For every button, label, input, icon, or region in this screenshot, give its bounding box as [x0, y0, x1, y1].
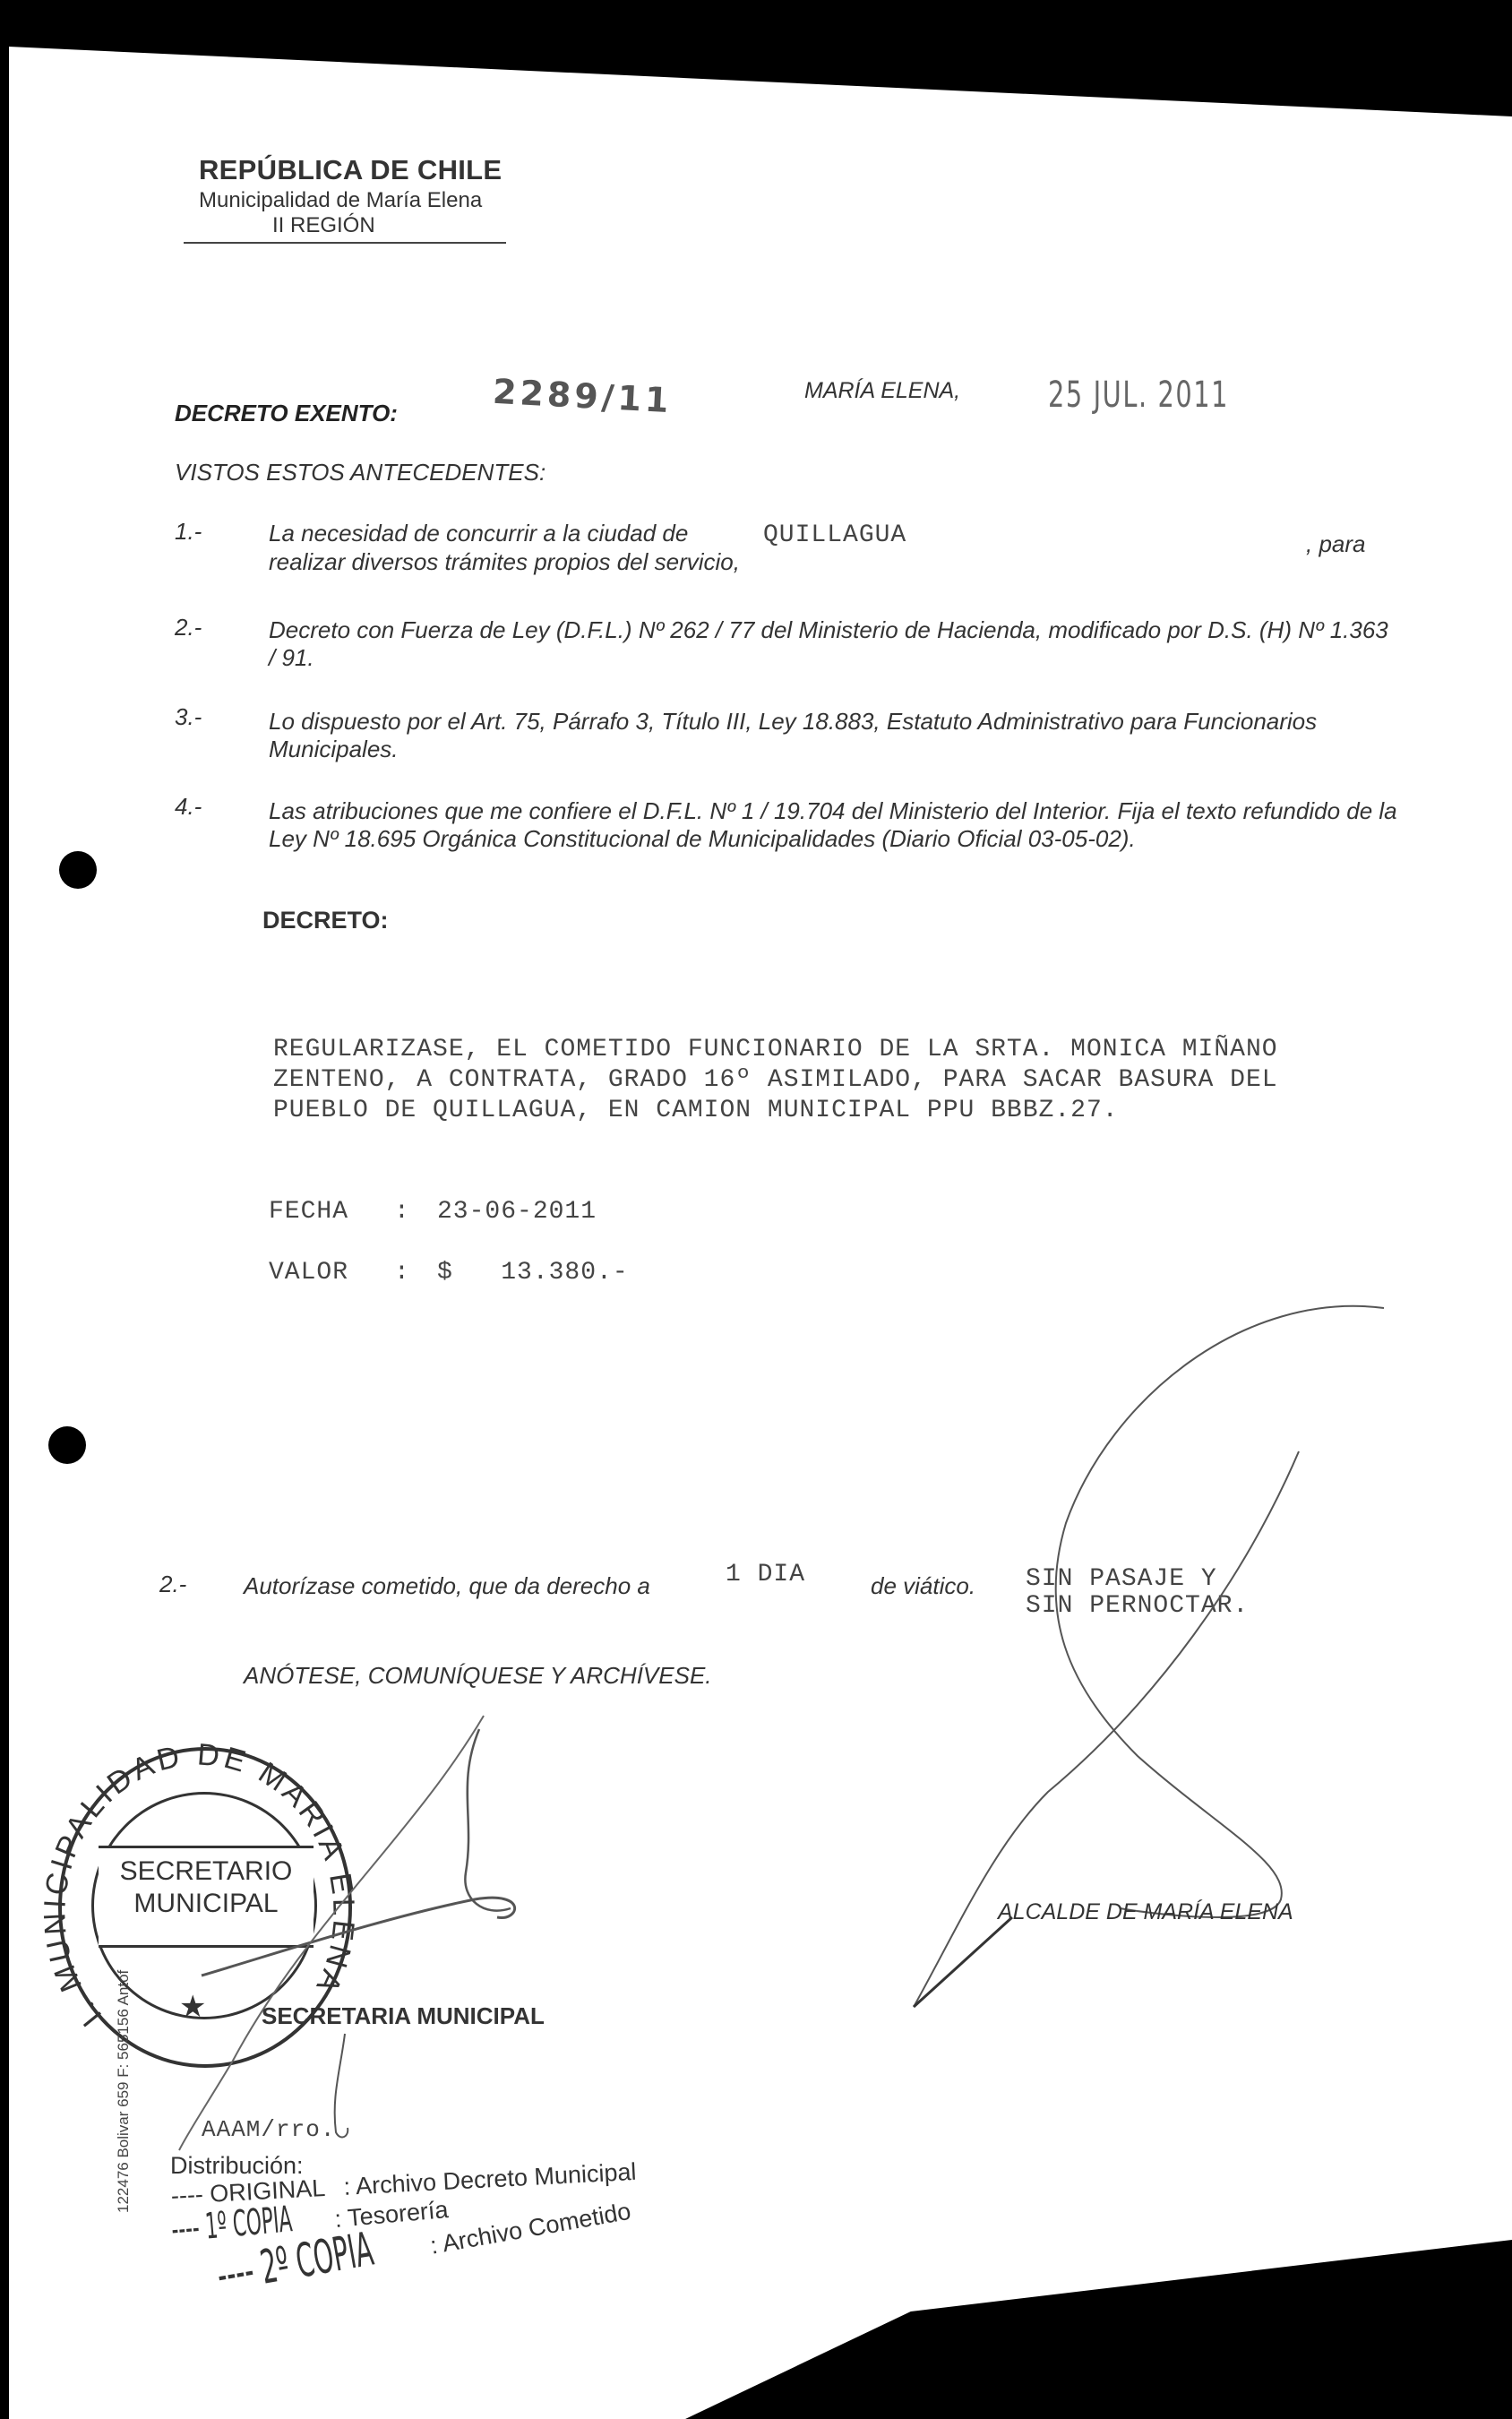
reference-initials: AAAM/rro. — [202, 2116, 335, 2143]
item-4-number: 4.- — [175, 793, 228, 821]
decreto-heading: DECRETO: — [262, 907, 389, 934]
punch-hole — [59, 851, 97, 889]
distribution-list: Distribución: ---- ORIGINAL : Archivo De… — [170, 2150, 636, 2299]
viatico-suffix: de viático. — [871, 1572, 975, 1600]
valor-colon: : — [394, 1259, 410, 1287]
header-municipality: Municipalidad de María Elena — [199, 188, 482, 213]
decreto-body: REGULARIZASE, EL COMETIDO FUNCIONARIO DE… — [273, 1035, 1411, 1126]
item-4-text: Las atribuciones que me confiere el D.F.… — [269, 797, 1397, 853]
item-2-number: 2.- — [175, 614, 228, 641]
item-1-city: QUILLAGUA — [763, 521, 906, 549]
seal-star-icon: ★ — [179, 1989, 206, 2025]
viatico-note-line: SIN PASAJE Y — [1026, 1566, 1249, 1593]
signature-secretary: SECRETARIA MUNICIPAL — [262, 2002, 545, 2030]
valor-value: $ 13.380.- — [437, 1259, 629, 1287]
fecha-value: 23-06-2011 — [437, 1198, 597, 1226]
decreto-body-line: PUEBLO DE QUILLAGUA, EN CAMION MUNICIPAL… — [273, 1096, 1411, 1126]
decree-number-stamp: 2289/11 — [492, 372, 674, 420]
document-page: REPÚBLICA DE CHILE Municipalidad de Marí… — [9, 0, 1512, 2419]
decreto-body-line: REGULARIZASE, EL COMETIDO FUNCIONARIO DE… — [273, 1035, 1411, 1065]
printer-footer: 122476 Bolivar 659 F: 565156 Antof — [115, 1970, 133, 2213]
item-3-number: 3.- — [175, 703, 228, 731]
viatico-text: Autorízase cometido, que da derecho a — [244, 1572, 650, 1600]
decree-label: DECRETO EXENTO: — [175, 400, 398, 427]
decreto-body-line: ZENTENO, A CONTRATA, GRADO 16º ASIMILADO… — [273, 1065, 1411, 1096]
closing-formula: ANÓTESE, COMUNÍQUESE Y ARCHÍVESE. — [244, 1662, 712, 1690]
seal-center-line: SECRETARIO — [99, 1855, 314, 1888]
decree-date-stamp: 25 JUL. 2011 — [1048, 374, 1229, 416]
header-rule — [184, 242, 506, 244]
item-1-para: , para — [1306, 530, 1366, 558]
fecha-label: FECHA — [269, 1198, 348, 1226]
item-1-text: La necesidad de concurrir a la ciudad de — [269, 520, 688, 547]
item-1-number: 1.- — [175, 518, 228, 546]
signature-mayor: ALCALDE DE MARÍA ELENA — [998, 1899, 1293, 1925]
seal-center-line: MUNICIPAL — [99, 1888, 314, 1920]
header-country: REPÚBLICA DE CHILE — [199, 154, 502, 186]
item-3-text: Lo dispuesto por el Art. 75, Párrafo 3, … — [269, 708, 1397, 763]
viatico-number: 2.- — [159, 1571, 186, 1598]
header-region: II REGIÓN — [272, 213, 375, 238]
decree-place: MARÍA ELENA, — [804, 378, 960, 404]
punch-hole — [48, 1426, 86, 1464]
viatico-note: SIN PASAJE Y SIN PERNOCTAR. — [1026, 1566, 1249, 1620]
municipal-seal-center: SECRETARIO MUNICIPAL — [99, 1846, 314, 1948]
viatico-note-line: SIN PERNOCTAR. — [1026, 1593, 1249, 1620]
fecha-colon: : — [394, 1198, 410, 1226]
item-1-line2: realizar diversos trámites propios del s… — [269, 548, 740, 576]
valor-label: VALOR — [269, 1259, 348, 1287]
item-2-text: Decreto con Fuerza de Ley (D.F.L.) Nº 26… — [269, 616, 1397, 672]
viatico-days: 1 DIA — [726, 1561, 805, 1588]
antecedents-heading: VISTOS ESTOS ANTECEDENTES: — [175, 459, 546, 486]
